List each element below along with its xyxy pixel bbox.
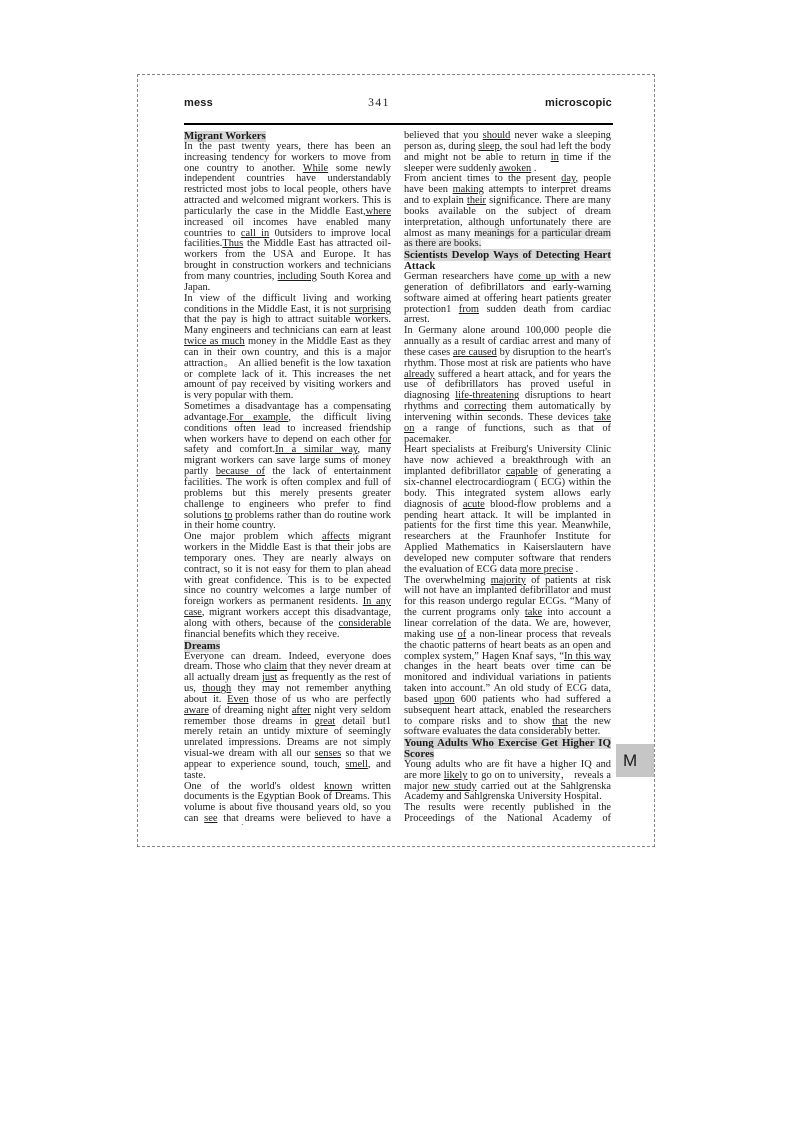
underlined-term: correcting: [464, 401, 506, 412]
article-heading: Scientists Develop Ways of Detecting Hea…: [404, 250, 611, 272]
underlined-term: making: [453, 184, 484, 195]
text-segment: of dreaming night: [209, 705, 292, 716]
paragraph: Heart specialists at Freiburg's Universi…: [404, 445, 611, 575]
underlined-term: from: [459, 304, 479, 315]
text-segment: One of the world's oldest: [184, 781, 324, 792]
column-right: believed that you should never wake a sl…: [404, 131, 611, 825]
underlined-term: While: [303, 163, 328, 174]
text-segment: blood-flow problems and a pending heart …: [404, 499, 611, 575]
underlined-term: acute: [463, 499, 485, 510]
paragraph: German researchers have come up with a n…: [404, 272, 611, 326]
paragraph: One major problem which affects migrant …: [184, 532, 391, 640]
underlined-term: should: [483, 131, 511, 141]
text-segment: German researchers have: [404, 271, 518, 282]
underlined-term: see: [204, 813, 217, 824]
text-segment: believed that you: [404, 131, 483, 141]
column-left: Migrant WorkersIn the past twenty years,…: [184, 131, 391, 825]
text-segment: that the pay is high to attract suitable…: [184, 314, 391, 336]
paragraph: In Germany alone around 100,000 people d…: [404, 326, 611, 445]
paragraph: Young adults who are fit have a higher I…: [404, 760, 611, 803]
underlined-term: majority: [491, 575, 526, 586]
text-segment: a range of functions, such as that of pa…: [404, 423, 611, 445]
underlined-term: come up with: [518, 271, 579, 282]
underlined-term: sleep: [478, 141, 499, 152]
text-segment: those of us who are perfectly: [249, 694, 391, 705]
underlined-term: claim: [264, 661, 287, 672]
underlined-term: smell: [345, 759, 368, 770]
header-rule: [184, 123, 613, 125]
underlined-term: that: [552, 716, 568, 727]
underlined-term: senses: [315, 748, 342, 759]
underlined-term: capable: [506, 466, 538, 477]
paragraph: The overwhelming majority of patients at…: [404, 576, 611, 739]
thumb-index-tab: M: [616, 744, 654, 777]
paragraph: Everyone can dream. Indeed, everyone doe…: [184, 652, 391, 782]
article-heading: Young Adults Who Exercise Get Higher IQ …: [404, 738, 611, 760]
underlined-term: though: [202, 683, 231, 694]
paragraph: In the past twenty years, there has been…: [184, 142, 391, 294]
underlined-term: day: [561, 173, 575, 184]
underlined-term: call in: [241, 228, 269, 239]
text-segment: .: [573, 564, 578, 575]
two-column-text: Migrant WorkersIn the past twenty years,…: [184, 131, 611, 825]
underlined-term: surprising: [349, 304, 391, 315]
underlined-term: Even: [227, 694, 248, 705]
underlined-term: are caused: [453, 347, 497, 358]
text-segment: One major problem which: [184, 531, 322, 542]
underlined-term: known: [324, 781, 352, 792]
underlined-term: considerable: [338, 618, 391, 629]
paragraph: In view of the difficult living and work…: [184, 294, 391, 402]
underlined-term: because of: [216, 466, 265, 477]
paragraph: believed that you should never wake a sl…: [404, 131, 611, 174]
page-dashed-frame: mess 341 microscopic Migrant WorkersIn t…: [137, 74, 655, 847]
underlined-term: aware: [184, 705, 209, 716]
underlined-term: In this way: [564, 651, 611, 662]
underlined-term: upon: [434, 694, 455, 705]
paragraph: From ancient times to the present day, p…: [404, 174, 611, 250]
text-segment: migrant workers in the Middle East is th…: [184, 531, 391, 607]
underlined-term: of: [458, 629, 467, 640]
underlined-term: more precise: [520, 564, 573, 575]
text-segment: .: [531, 163, 536, 174]
paragraph: The results were recently published in t…: [404, 803, 611, 825]
underlined-term: life-threatening: [455, 390, 519, 401]
underlined-term: for: [379, 434, 391, 445]
underlined-term: their: [467, 195, 486, 206]
text-segment: From ancient times to the present: [404, 173, 561, 184]
underlined-term: new study: [433, 781, 477, 792]
page-header: mess 341 microscopic: [184, 97, 612, 109]
paragraph: Sometimes a disadvantage has a compensat…: [184, 402, 391, 532]
text-segment: The results were recently published in t…: [404, 802, 611, 825]
text-segment: financial benefits which they receive.: [184, 629, 340, 640]
paragraph: One of the world's oldest known written …: [184, 782, 391, 825]
header-guide-word-left: mess: [184, 97, 213, 109]
underlined-term: twice as much: [184, 336, 245, 347]
underlined-term: where: [366, 206, 391, 217]
underlined-term: awoken: [499, 163, 531, 174]
underlined-term: Thus: [222, 238, 243, 249]
underlined-term: take: [525, 607, 542, 618]
page-number: 341: [368, 97, 390, 109]
underlined-term: after: [292, 705, 311, 716]
underlined-term: already: [404, 369, 435, 380]
highlighted-text: Young Adults Who Exercise Get Higher IQ …: [404, 737, 611, 760]
text-segment: safety and comfort.: [184, 444, 275, 455]
underlined-term: including: [278, 271, 317, 282]
underlined-term: great: [315, 716, 336, 727]
underlined-term: likely: [444, 770, 468, 781]
header-guide-word-right: microscopic: [545, 97, 612, 109]
document-page: mess 341 microscopic Migrant WorkersIn t…: [0, 0, 793, 1122]
underlined-term: In a similar way: [275, 444, 357, 455]
underlined-term: For example: [229, 412, 289, 423]
thumb-index-letter: M: [623, 751, 637, 770]
text-segment: The overwhelming: [404, 575, 491, 586]
underlined-term: just: [262, 672, 277, 683]
underlined-term: in: [551, 152, 559, 163]
underlined-term: affects: [322, 531, 350, 542]
